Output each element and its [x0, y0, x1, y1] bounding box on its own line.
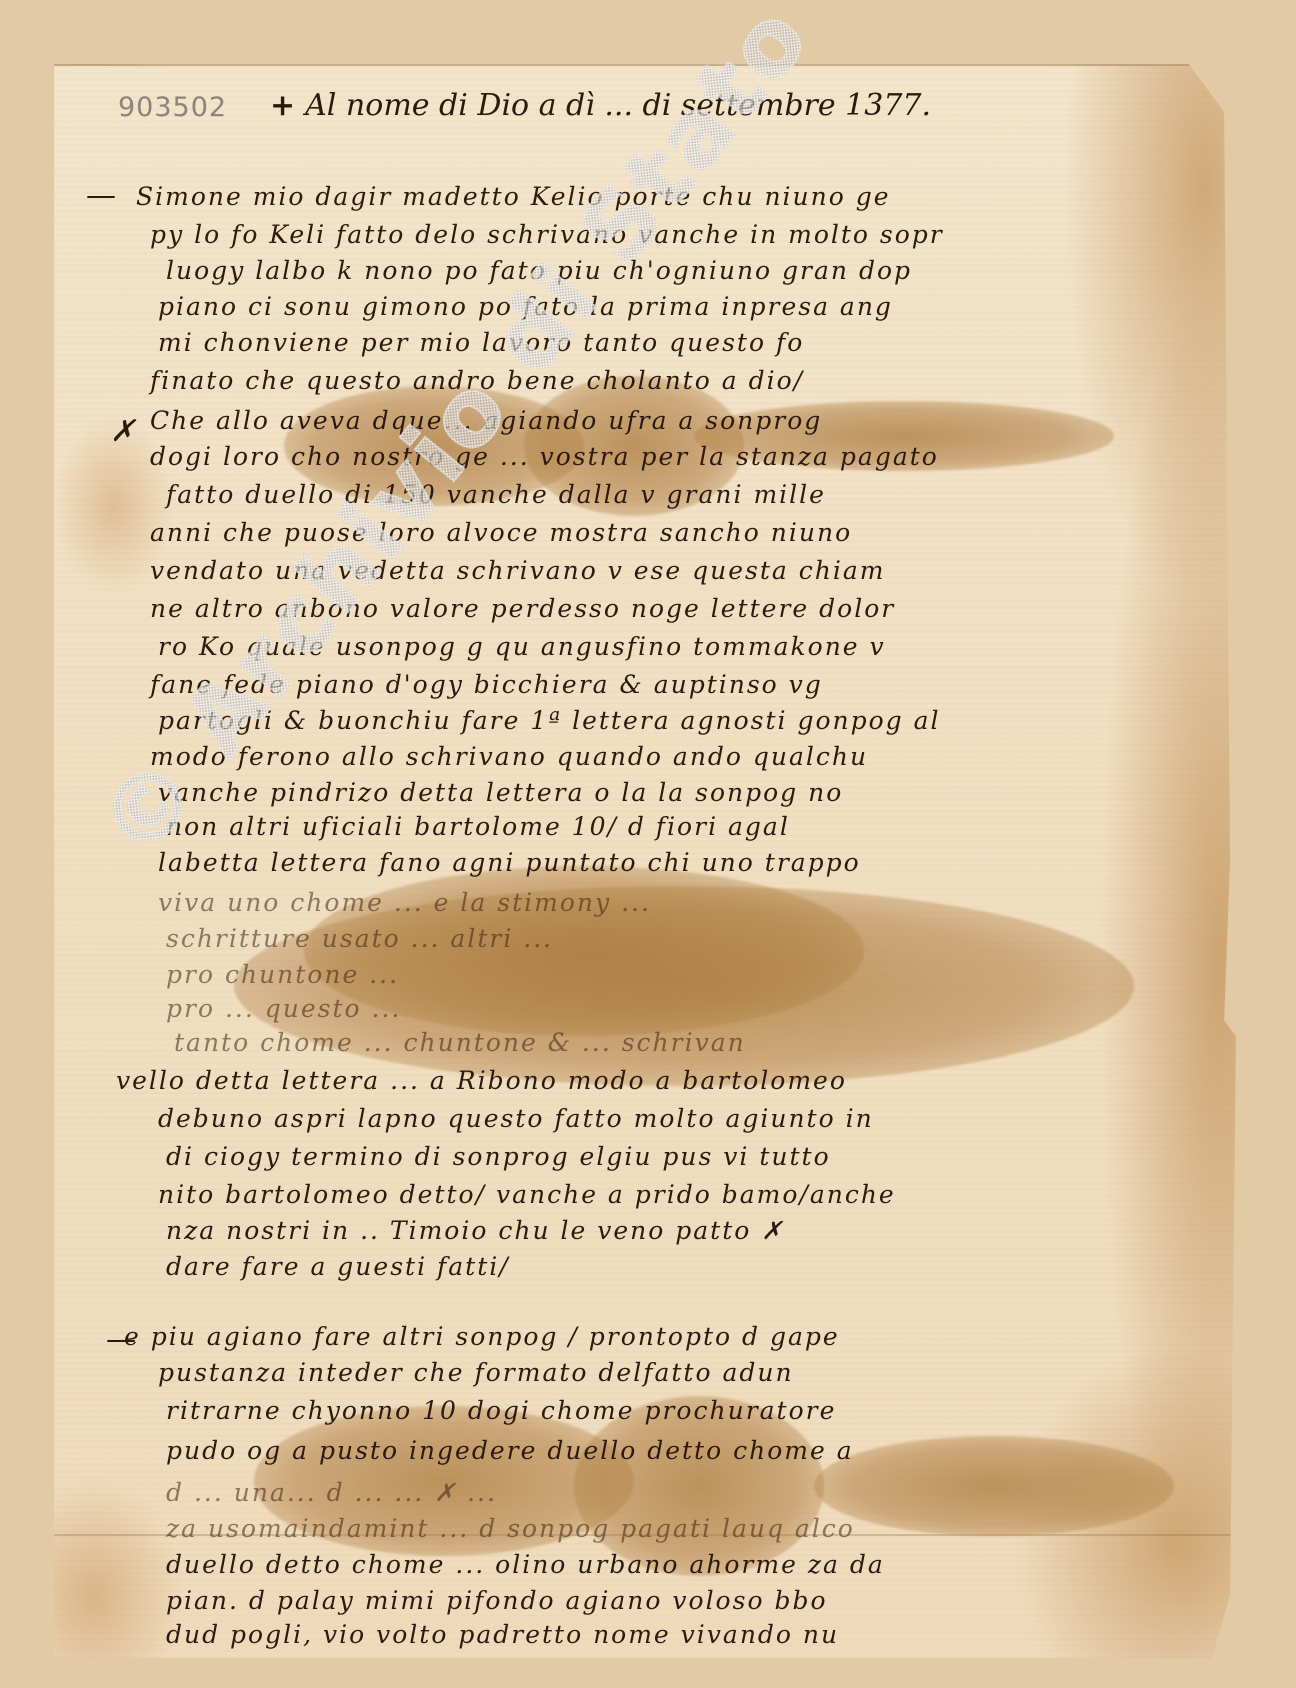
archive-number: 903502 — [118, 92, 227, 123]
text-line: d ... una... d ... ... ✗ ... — [166, 1478, 497, 1507]
text-line: pro chuntone ... — [166, 960, 399, 989]
text-line: pian. d palay mimi pifondo agiano voloso… — [166, 1586, 828, 1615]
text-line: dare fare a guesti fatti/ — [166, 1252, 510, 1281]
text-line: tanto chome ... chuntone & ... schrivan — [174, 1028, 746, 1057]
text-line: vendato una vedetta schrivano v ese ques… — [150, 556, 885, 585]
text-line: py lo fo Keli fatto delo schrivano vanch… — [150, 220, 944, 249]
text-line: pudo og a pusto ingedere duello detto ch… — [166, 1436, 854, 1465]
text-line: viva uno chome ... e la stimony ... — [158, 888, 651, 917]
text-line: e piu agiano fare altri sonpog / prontop… — [124, 1322, 840, 1351]
text-line: debuno aspri lapno questo fatto molto ag… — [158, 1104, 874, 1133]
text-line: nito bartolomeo detto/ vanche a prido ba… — [158, 1180, 896, 1209]
text-line: schritture usato ... altri ... — [166, 924, 553, 953]
text-line: luogy lalbo k nono po fato piu ch'ogniun… — [166, 256, 912, 285]
text-line: mi chonviene per mio lavoro tanto questo… — [158, 328, 804, 357]
margin-cross-mark: ✗ — [110, 414, 135, 449]
water-stain — [814, 1436, 1174, 1536]
text-line: ne altro anbono valore perdesso noge let… — [150, 594, 895, 623]
text-line: ro Ko quale usonpog g qu angusfino tomma… — [158, 632, 886, 661]
text-line: finato che questo andro bene cholanto a … — [150, 366, 804, 395]
text-line: Che allo aveva dque... agiando ufra a so… — [150, 406, 822, 435]
text-line: piano ci sonu gimono po fato la prima in… — [158, 292, 893, 321]
cross-icon: + — [270, 88, 295, 123]
text-line: pro ... questo ... — [166, 994, 401, 1023]
text-line: di ciogy termino di sonprog elgiu pus vi… — [166, 1142, 831, 1171]
text-line: dud pogli, vio volto padretto nome vivan… — [166, 1620, 839, 1649]
text-line: modo ferono allo schrivano quando ando q… — [150, 742, 868, 771]
text-line: za usomaindamint ... d sonpog pagati lau… — [166, 1514, 855, 1543]
text-line: fane fede piano d'ogy bicchiera & auptin… — [150, 670, 823, 699]
letter-heading: +Al nome di Dio a dì ... di settembre 13… — [270, 88, 931, 123]
margin-dash-mark: — — [86, 178, 116, 213]
text-line: duello detto chome ... olino urbano ahor… — [166, 1550, 885, 1579]
text-line: fatto duello di 150 vanche dalla v grani… — [166, 480, 826, 509]
text-line: pustanza inteder che formato delfatto ad… — [158, 1358, 794, 1387]
text-line: Simone mio dagir madetto Kelio porte chu… — [136, 182, 891, 211]
manuscript-page: 903502 +Al nome di Dio a dì ... di sette… — [54, 64, 1236, 1658]
text-line: non altri uficiali bartolome 10/ d fiori… — [166, 812, 790, 841]
text-line: partogli & buonchiu fare 1ª lettera agno… — [158, 706, 941, 735]
heading-text: Al nome di Dio a dì ... di settembre 137… — [305, 88, 931, 123]
text-line: dogi loro cho nostro ge ... vostra per l… — [150, 442, 939, 471]
text-line: labetta lettera fano agni puntato chi un… — [158, 848, 861, 877]
text-line: anni che puose loro alvoce mostra sancho… — [150, 518, 852, 547]
text-line: ritrarne chyonno 10 dogi chome prochurat… — [166, 1396, 836, 1425]
text-line: nza nostri in .. Timoio chu le veno patt… — [166, 1216, 784, 1245]
text-line: vello detta lettera ... a Ribono modo a … — [116, 1066, 847, 1095]
text-line: vanche pindrizo detta lettera o la la so… — [158, 778, 843, 807]
